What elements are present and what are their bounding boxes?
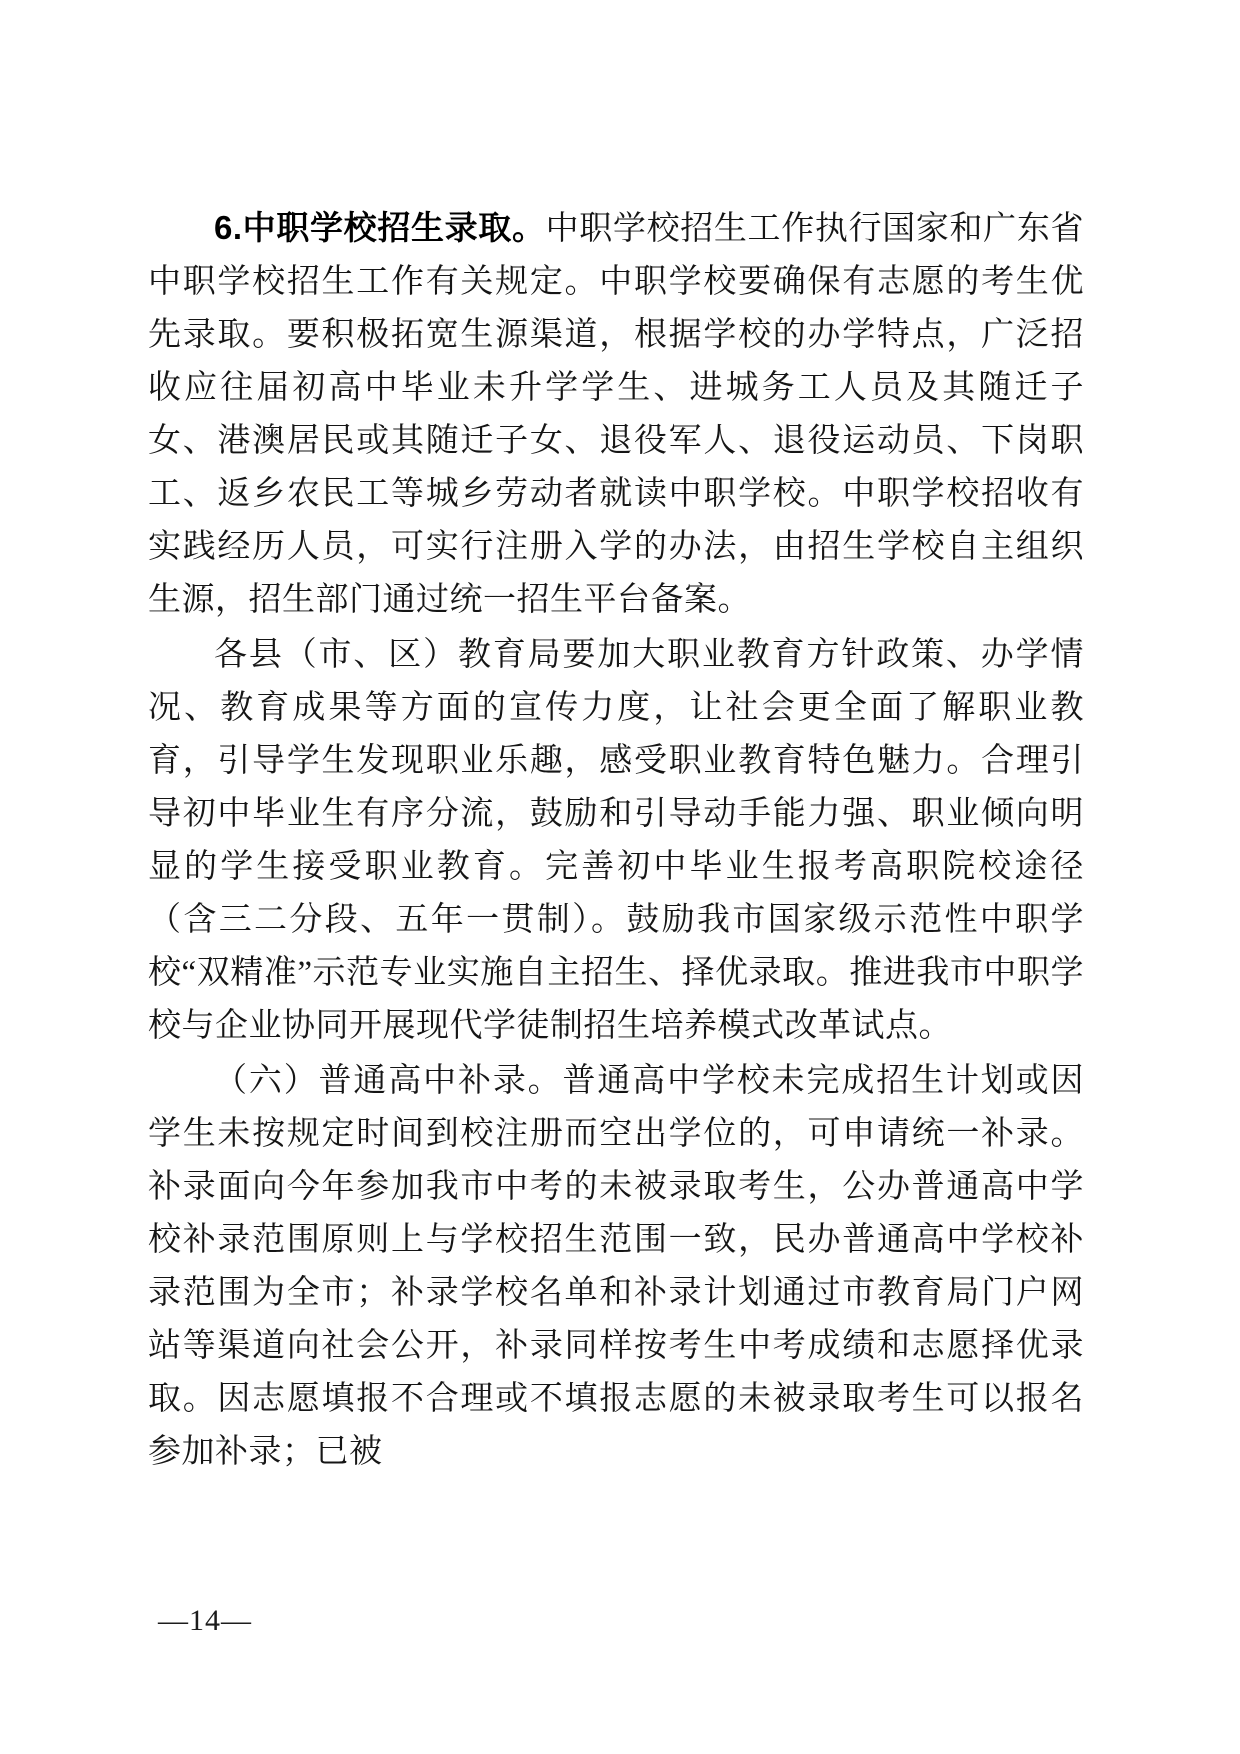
- paragraph-body: （六）普通高中补录。普通高中学校未完成招生计划或因学生未按规定时间到校注册而空出…: [148, 1063, 1084, 1470]
- paragraph-vocational-school-admission: 6.中职学校招生录取。中职学校招生工作执行国家和广东省中职学校招生工作有关规定。…: [148, 201, 1084, 627]
- paragraph-supplementary-admission: （六）普通高中补录。普通高中学校未完成招生计划或因学生未按规定时间到校注册而空出…: [148, 1053, 1084, 1479]
- document-page: 6.中职学校招生录取。中职学校招生工作执行国家和广东省中职学校招生工作有关规定。…: [0, 0, 1240, 1754]
- inline-heading-vocational-admission: 6.中职学校招生录取。: [214, 209, 546, 246]
- paragraph-body: 中职学校招生工作执行国家和广东省中职学校招生工作有关规定。中职学校要确保有志愿的…: [148, 211, 1084, 618]
- paragraph-county-education-guidance: 各县（市、区）教育局要加大职业教育方针政策、办学情况、教育成果等方面的宣传力度，…: [148, 627, 1084, 1053]
- paragraph-body: 各县（市、区）教育局要加大职业教育方针政策、办学情况、教育成果等方面的宣传力度，…: [148, 637, 1084, 1044]
- page-number: —14—: [158, 1601, 252, 1641]
- document-content: 6.中职学校招生录取。中职学校招生工作执行国家和广东省中职学校招生工作有关规定。…: [148, 201, 1084, 1479]
